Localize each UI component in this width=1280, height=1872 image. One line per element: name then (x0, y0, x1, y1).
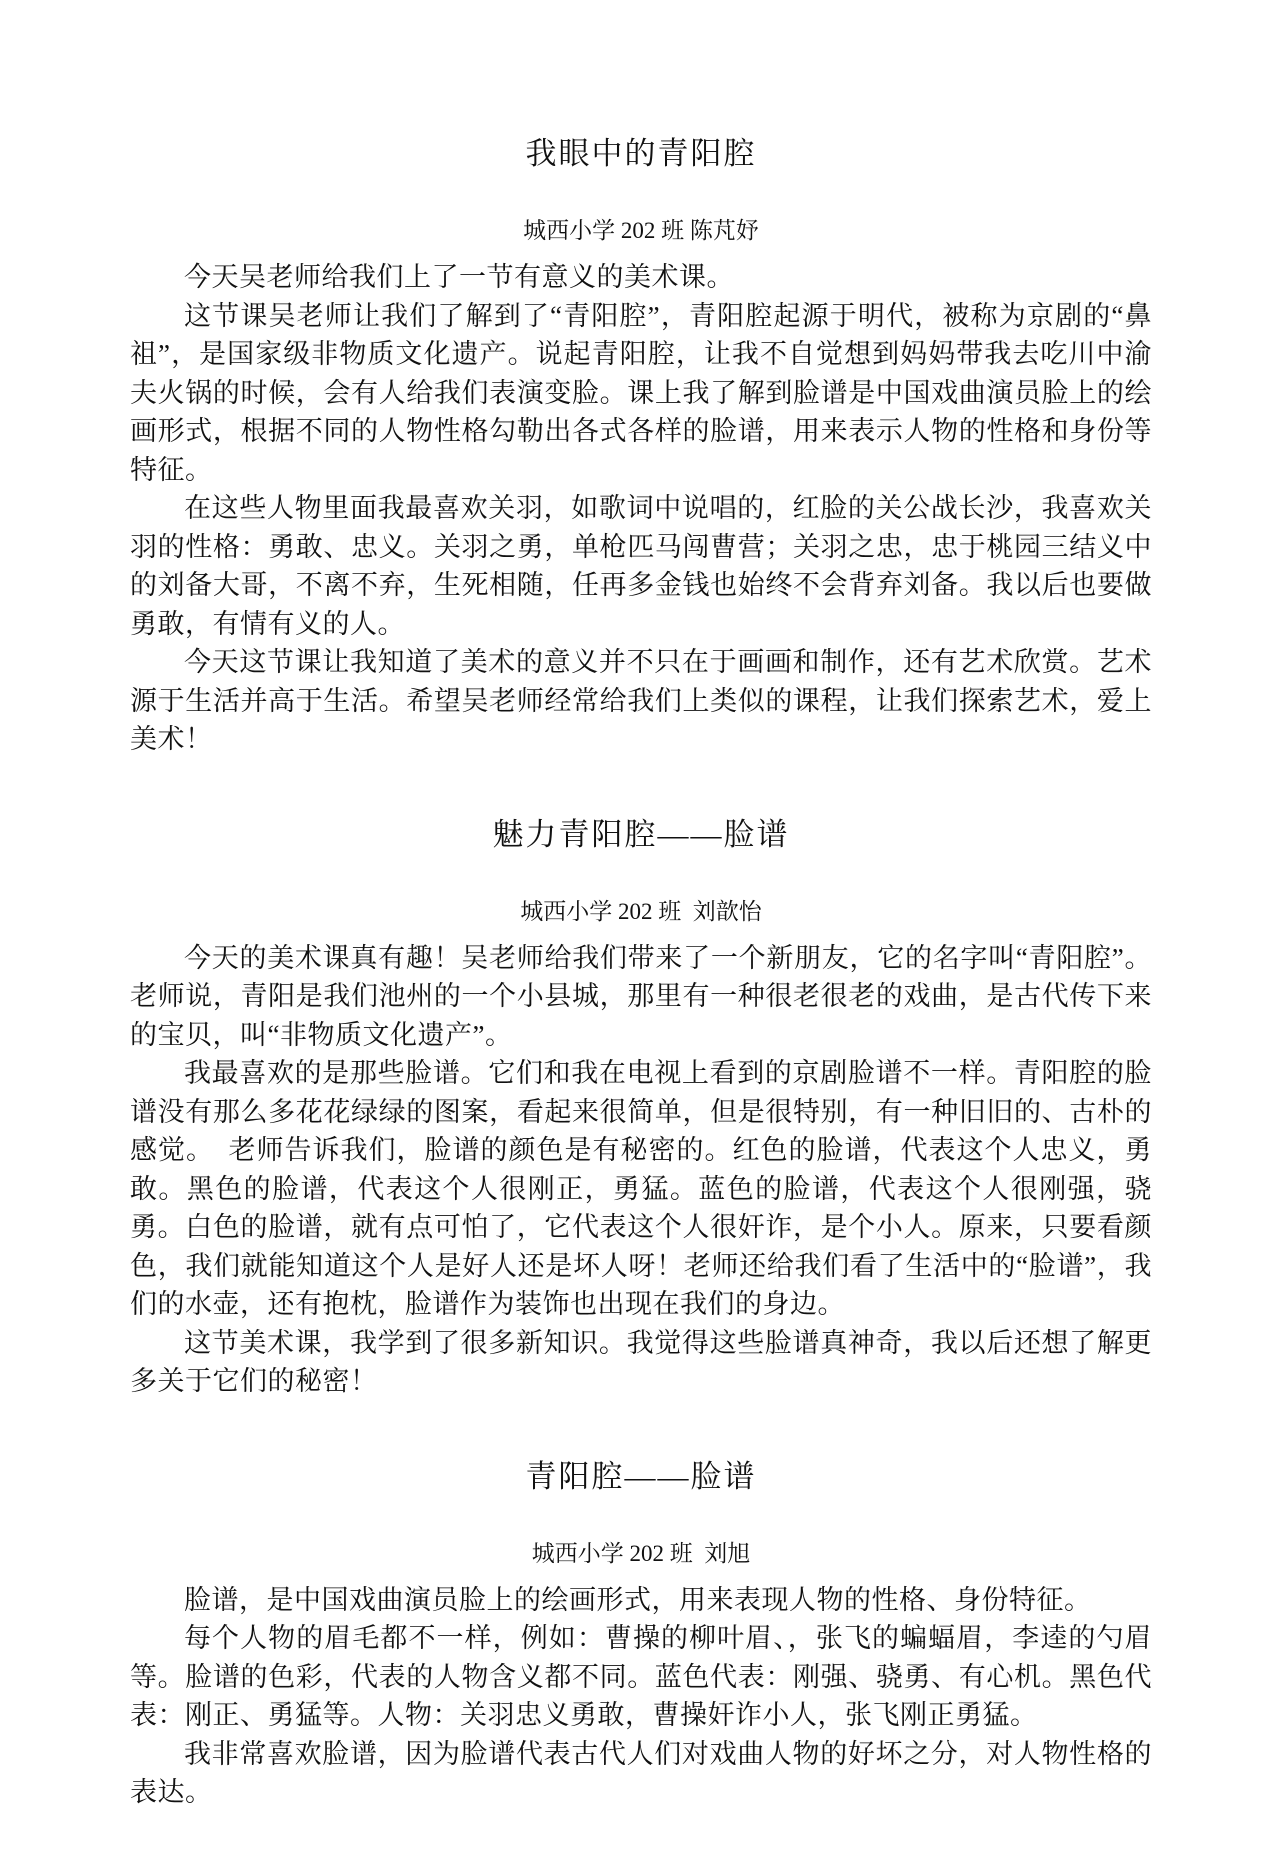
essay-paragraph: 今天这节课让我知道了美术的意义并不只在于画画和制作，还有艺术欣赏。艺术源于生活并… (130, 643, 1152, 759)
essay-1: 我眼中的青阳腔 城西小学 202 班 陈芃妤 今天吴老师给我们上了一节有意义的美… (130, 134, 1152, 759)
essay-byline: 城西小学 202 班 陈芃妤 (130, 216, 1152, 246)
essay-paragraph: 今天的美术课真有趣！吴老师给我们带来了一个新朋友，它的名字叫“青阳腔”。老师说，… (130, 939, 1152, 1055)
essay-paragraph: 这节美术课，我学到了很多新知识。我觉得这些脸谱真神奇，我以后还想了解更多关于它们… (130, 1324, 1152, 1401)
essay-paragraph: 这节课吴老师让我们了解到了“青阳腔”，青阳腔起源于明代，被称为京剧的“鼻祖”，是… (130, 297, 1152, 490)
essay-title: 我眼中的青阳腔 (130, 134, 1152, 174)
essay-title: 魅力青阳腔——脸谱 (130, 815, 1152, 855)
document-page: 我眼中的青阳腔 城西小学 202 班 陈芃妤 今天吴老师给我们上了一节有意义的美… (0, 0, 1280, 1872)
essay-paragraph: 今天吴老师给我们上了一节有意义的美术课。 (130, 258, 1152, 297)
essay-paragraph: 脸谱，是中国戏曲演员脸上的绘画形式，用来表现人物的性格、身份特征。 (130, 1581, 1152, 1620)
essay-paragraph: 我非常喜欢脸谱，因为脸谱代表古代人们对戏曲人物的好坏之分，对人物性格的表达。 (130, 1735, 1152, 1812)
essay-2: 魅力青阳腔——脸谱 城西小学 202 班 刘歆怡 今天的美术课真有趣！吴老师给我… (130, 815, 1152, 1401)
essay-3: 青阳腔——脸谱 城西小学 202 班 刘旭 脸谱，是中国戏曲演员脸上的绘画形式，… (130, 1457, 1152, 1812)
essay-byline: 城西小学 202 班 刘旭 (130, 1539, 1152, 1569)
essay-byline: 城西小学 202 班 刘歆怡 (130, 897, 1152, 927)
essay-title: 青阳腔——脸谱 (130, 1457, 1152, 1497)
essay-paragraph: 在这些人物里面我最喜欢关羽，如歌词中说唱的，红脸的关公战长沙，我喜欢关羽的性格：… (130, 489, 1152, 643)
essay-paragraph: 每个人物的眉毛都不一样，例如：曹操的柳叶眉、，张飞的蝙蝠眉，李逵的勺眉等。脸谱的… (130, 1619, 1152, 1735)
essay-paragraph: 我最喜欢的是那些脸谱。它们和我在电视上看到的京剧脸谱不一样。青阳腔的脸谱没有那么… (130, 1054, 1152, 1324)
